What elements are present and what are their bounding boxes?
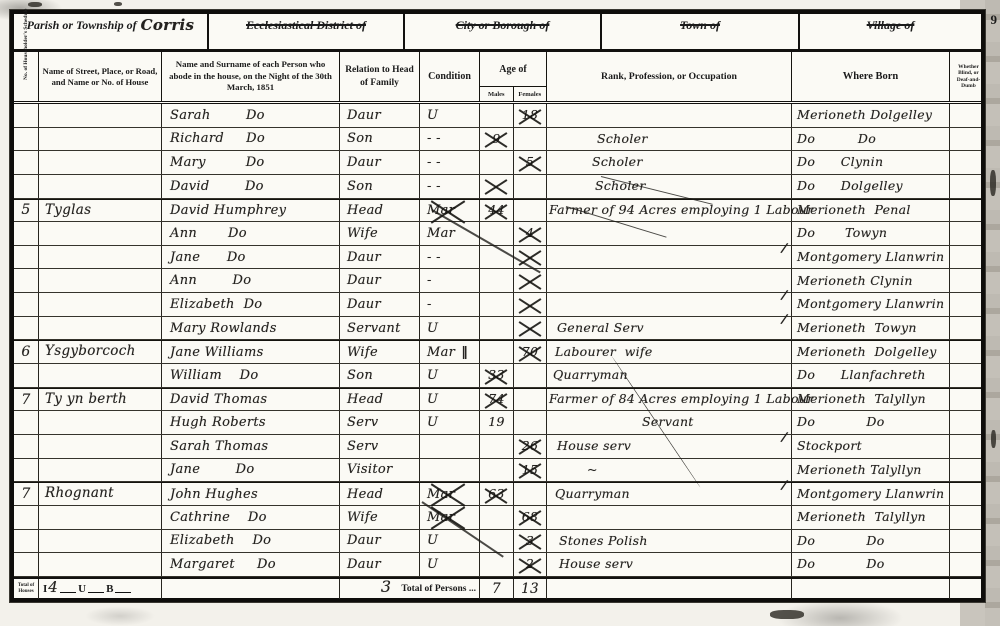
age_m-handwritten: 74 bbox=[488, 393, 505, 406]
cell-condition: - - bbox=[420, 246, 480, 269]
cell-born: Merioneth Talyllyn bbox=[792, 459, 950, 482]
cell-infirm bbox=[950, 246, 987, 269]
born-handwritten: Merioneth Penal bbox=[797, 204, 911, 217]
cell-age_m bbox=[480, 222, 514, 245]
condition-handwritten: - bbox=[427, 298, 432, 311]
cell-born: ∕Montgomery Llanwrin bbox=[792, 483, 950, 505]
schedule-handwritten: 5 bbox=[21, 203, 30, 217]
table-row: Sarah ThomasServ26House serv∕Stockport bbox=[14, 435, 981, 459]
cell-age_f: 2 bbox=[514, 553, 547, 576]
name-handwritten: Sarah Thomas bbox=[170, 440, 268, 453]
cell-age_f: 70 bbox=[514, 341, 547, 363]
cell-age_m bbox=[480, 506, 514, 529]
cell-occupation: Scholer bbox=[547, 128, 792, 151]
cell-schedule bbox=[14, 246, 39, 269]
cell-infirm bbox=[950, 128, 987, 151]
cell-age_m: 9 bbox=[480, 128, 514, 151]
occupation-handwritten: House serv bbox=[557, 440, 631, 453]
cell-infirm bbox=[950, 200, 987, 222]
cell-schedule: 7 bbox=[14, 483, 39, 505]
cell-occupation bbox=[547, 246, 792, 269]
born-handwritten: Do Do bbox=[797, 133, 876, 146]
cell-condition: - - bbox=[420, 151, 480, 174]
table-row: Jane DoVisitor15~Merioneth Talyllyn bbox=[14, 459, 981, 483]
name-handwritten: Sarah Do bbox=[170, 109, 265, 122]
house-handwritten: Tyglas bbox=[45, 204, 91, 218]
age_m-handwritten: 19 bbox=[488, 416, 505, 429]
occupation-handwritten: Scholer bbox=[595, 180, 646, 193]
cell-name: Jane Williams bbox=[162, 341, 340, 363]
cell-age_m bbox=[480, 269, 514, 292]
cell-schedule bbox=[14, 293, 39, 316]
born-handwritten: Do Towyn bbox=[797, 227, 887, 240]
houses-totals: I 4 U B bbox=[39, 579, 162, 599]
cell-age_f bbox=[514, 317, 547, 340]
born-handwritten: Do Do bbox=[797, 535, 885, 548]
cell-name: John Hughes bbox=[162, 483, 340, 505]
name-handwritten: Cathrine Do bbox=[170, 511, 267, 524]
females-total-handwritten: 13 bbox=[521, 581, 539, 597]
schedule-handwritten: 7 bbox=[21, 393, 30, 407]
relation-handwritten: Son bbox=[347, 180, 373, 193]
table-row: Margaret DoDaurU2House servDo Do bbox=[14, 553, 981, 577]
cell-age_m bbox=[480, 175, 514, 198]
name-handwritten: Mary Do bbox=[170, 156, 265, 169]
cell-age_m: 19 bbox=[480, 411, 514, 434]
cell-age_f: 5 bbox=[514, 151, 547, 174]
cell-occupation bbox=[547, 269, 792, 292]
cell-name: Mary Rowlands bbox=[162, 317, 340, 340]
relation-handwritten: Daur bbox=[347, 156, 381, 169]
age_f-handwritten: 68 bbox=[522, 511, 539, 524]
age_m-handwritten: 44 bbox=[488, 204, 505, 217]
cell-infirm bbox=[950, 104, 987, 127]
cell-schedule bbox=[14, 222, 39, 245]
cell-house bbox=[39, 104, 162, 127]
table-row: Sarah DoDaurU18Merioneth Dolgelley bbox=[14, 104, 981, 128]
cell-born: Merioneth Dolgelley bbox=[792, 341, 950, 363]
parish-section: Parish or Township of Corris bbox=[14, 14, 209, 49]
cell-age_m bbox=[480, 459, 514, 482]
cell-condition: - bbox=[420, 269, 480, 292]
cell-condition: U bbox=[420, 364, 480, 387]
cell-relation: Head bbox=[340, 483, 420, 505]
cell-house bbox=[39, 128, 162, 151]
cell-relation: Wife bbox=[340, 341, 420, 363]
cell-age_f: 3 bbox=[514, 530, 547, 553]
cell-infirm bbox=[950, 389, 987, 411]
name-handwritten: David Thomas bbox=[170, 393, 267, 406]
blank-line bbox=[115, 584, 131, 593]
cell-occupation: Farmer of 84 Acres employing 1 Labour bbox=[547, 389, 792, 411]
relation-handwritten: Son bbox=[347, 132, 373, 145]
cell-condition: - - bbox=[420, 128, 480, 151]
cell-born: Merioneth Penal bbox=[792, 200, 950, 222]
condition-handwritten: Mar bbox=[427, 204, 455, 217]
village-label: Village of bbox=[867, 18, 915, 33]
cell-infirm bbox=[950, 293, 987, 316]
occupation-handwritten: Labourer wife bbox=[555, 346, 653, 359]
total-persons-label: Total of Persons ... bbox=[401, 584, 476, 594]
table-row: David DoSon- -ScholerDo Dolgelley bbox=[14, 175, 981, 199]
col-street: Name of Street, Place, or Road, and Name… bbox=[39, 52, 162, 101]
relation-handwritten: Son bbox=[347, 369, 373, 382]
condition-handwritten: U bbox=[427, 558, 438, 571]
condition-handwritten: U bbox=[427, 109, 438, 122]
occupation-handwritten: Quarryman bbox=[555, 488, 630, 501]
cell-condition: Mar‖ bbox=[420, 341, 480, 363]
cell-relation: Servant bbox=[340, 317, 420, 340]
cell-age_f bbox=[514, 483, 547, 505]
name-handwritten: Richard Do bbox=[170, 132, 265, 145]
cell-house bbox=[39, 222, 162, 245]
table-row: Ann DoDaur-Merioneth Clynin bbox=[14, 269, 981, 293]
cell-age_m bbox=[480, 553, 514, 576]
cell-schedule bbox=[14, 364, 39, 387]
condition-handwritten: - - bbox=[427, 180, 441, 193]
cell-age_f: 68 bbox=[514, 506, 547, 529]
cell-age_f bbox=[514, 269, 547, 292]
born-handwritten: Montgomery Llanwrin bbox=[797, 488, 944, 501]
cell-name: Richard Do bbox=[162, 128, 340, 151]
cell-infirm bbox=[950, 530, 987, 553]
cell-name: Mary Do bbox=[162, 151, 340, 174]
name-handwritten: Elizabeth Do bbox=[170, 298, 262, 311]
cell-born: Merioneth Talyllyn bbox=[792, 389, 950, 411]
scan-torn-edge bbox=[985, 0, 1000, 626]
relation-handwritten: Wife bbox=[347, 346, 378, 359]
born-handwritten: Do Do bbox=[797, 558, 885, 571]
condition-handwritten: - bbox=[427, 274, 432, 287]
city-borough-label: City or Borough of bbox=[456, 18, 550, 33]
cell-house bbox=[39, 459, 162, 482]
cell-house bbox=[39, 435, 162, 458]
schedule-handwritten: 6 bbox=[21, 345, 30, 359]
born-handwritten: Montgomery Llanwrin bbox=[797, 298, 944, 311]
cell-relation: Daur bbox=[340, 553, 420, 576]
cell-condition: U bbox=[420, 389, 480, 411]
cell-name: Hugh Roberts bbox=[162, 411, 340, 434]
cell-schedule: 7 bbox=[14, 389, 39, 411]
cell-age_f bbox=[514, 364, 547, 387]
total-houses-label: Total of Houses bbox=[14, 579, 39, 599]
cell-condition: Mar bbox=[420, 483, 480, 505]
condition-handwritten: - - bbox=[427, 132, 441, 145]
occupation-handwritten: Quarryman bbox=[553, 369, 628, 382]
cell-occupation: House serv bbox=[547, 553, 792, 576]
persons-note-handwritten: 3 bbox=[381, 577, 391, 596]
age_f-handwritten: 3 bbox=[526, 535, 534, 548]
cell-relation: Serv bbox=[340, 435, 420, 458]
cell-schedule bbox=[14, 435, 39, 458]
cell-relation: Daur bbox=[340, 530, 420, 553]
females-total-cell: 13 bbox=[514, 579, 547, 599]
cell-age_m bbox=[480, 530, 514, 553]
cell-house bbox=[39, 364, 162, 387]
scan-speck bbox=[28, 2, 42, 7]
ecclesiastical-section: Ecclesiastical District of bbox=[209, 14, 405, 49]
town-label: Town of bbox=[680, 18, 720, 33]
name-handwritten: David Humphrey bbox=[170, 204, 286, 217]
age_f-handwritten: 26 bbox=[522, 440, 539, 453]
name-handwritten: John Hughes bbox=[170, 488, 258, 501]
born-handwritten: Merioneth Talyllyn bbox=[797, 393, 926, 406]
cell-age_f bbox=[514, 246, 547, 269]
cell-schedule bbox=[14, 553, 39, 576]
relation-handwritten: Daur bbox=[347, 298, 381, 311]
col-names: Name and Surname of each Person who abod… bbox=[162, 52, 340, 101]
table-row: Mary DoDaur- -5ScholerDo Clynin bbox=[14, 151, 981, 175]
cell-schedule: 5 bbox=[14, 200, 39, 222]
footer-blank-cell bbox=[547, 579, 792, 599]
cell-name: Elizabeth Do bbox=[162, 293, 340, 316]
cell-age_m bbox=[480, 104, 514, 127]
cell-name: Ann Do bbox=[162, 269, 340, 292]
cell-schedule bbox=[14, 128, 39, 151]
cell-relation: Daur bbox=[340, 151, 420, 174]
occupation-handwritten: Scholer bbox=[597, 133, 648, 146]
cell-name: Sarah Do bbox=[162, 104, 340, 127]
scan-speck bbox=[990, 170, 996, 196]
cell-age_m bbox=[480, 317, 514, 340]
cell-schedule bbox=[14, 151, 39, 174]
col-where-born: Where Born bbox=[792, 52, 950, 101]
cell-age_m: 33 bbox=[480, 364, 514, 387]
cell-name: Ann Do bbox=[162, 222, 340, 245]
inhabited-label: I bbox=[43, 583, 47, 595]
cell-age_m: 63 bbox=[480, 483, 514, 505]
cell-name: Cathrine Do bbox=[162, 506, 340, 529]
cell-relation: Son bbox=[340, 175, 420, 198]
table-row: 6YsgyborcochJane WilliamsWifeMar‖70Labou… bbox=[14, 340, 981, 364]
age_f-handwritten: 18 bbox=[522, 109, 539, 122]
cell-occupation bbox=[547, 293, 792, 316]
total-persons-cell: 3 Total of Persons ... bbox=[340, 579, 480, 599]
cell-name: Jane Do bbox=[162, 246, 340, 269]
born-handwritten: Montgomery Llanwrin bbox=[797, 251, 944, 264]
condition-handwritten: U bbox=[427, 369, 438, 382]
cell-house: Ty yn berth bbox=[39, 389, 162, 411]
cell-born: Merioneth Dolgelley bbox=[792, 104, 950, 127]
condition-handwritten: U bbox=[427, 322, 438, 335]
col-age-label: Age of bbox=[480, 52, 546, 87]
cell-occupation: General Serv bbox=[547, 317, 792, 340]
cell-infirm bbox=[950, 411, 987, 434]
cell-occupation: ~ bbox=[547, 459, 792, 482]
table-row: Ann DoWifeMar4Do Towyn bbox=[14, 222, 981, 246]
town-section: Town of bbox=[602, 14, 800, 49]
cell-age_m bbox=[480, 341, 514, 363]
relation-handwritten: Visitor bbox=[347, 463, 393, 476]
footer-blank-cell bbox=[950, 579, 987, 599]
cell-occupation: House serv bbox=[547, 435, 792, 458]
relation-handwritten: Head bbox=[347, 393, 383, 406]
scan-speck bbox=[991, 430, 996, 448]
cell-age_f: 4 bbox=[514, 222, 547, 245]
cell-condition bbox=[420, 459, 480, 482]
cell-relation: Head bbox=[340, 200, 420, 222]
inhabited-value-handwritten: 4 bbox=[48, 578, 58, 596]
cell-born: ∕Montgomery Llanwrin bbox=[792, 293, 950, 316]
cell-age_f bbox=[514, 128, 547, 151]
uninhabited-label: U bbox=[78, 583, 86, 595]
relation-handwritten: Daur bbox=[347, 558, 381, 571]
cross-mark bbox=[517, 248, 543, 267]
cell-occupation: Scholer bbox=[547, 175, 792, 198]
age_f-handwritten: 5 bbox=[526, 156, 534, 169]
cell-house bbox=[39, 293, 162, 316]
cross-mark bbox=[517, 319, 543, 338]
occupation-handwritten: ~ bbox=[587, 464, 598, 477]
cell-occupation: Stones Polish bbox=[547, 530, 792, 553]
occupation-handwritten: Scholer bbox=[592, 156, 643, 169]
born-handwritten: Do Clynin bbox=[797, 156, 883, 169]
name-handwritten: Jane Do bbox=[170, 463, 255, 476]
col-occupation: Rank, Profession, or Occupation bbox=[547, 52, 792, 101]
parish-value-handwritten: Corris bbox=[141, 16, 195, 34]
cell-name: Elizabeth Do bbox=[162, 530, 340, 553]
cell-house bbox=[39, 506, 162, 529]
cell-occupation bbox=[547, 104, 792, 127]
cell-age_m bbox=[480, 435, 514, 458]
col-age-females: Females bbox=[514, 87, 547, 101]
cell-schedule bbox=[14, 411, 39, 434]
cell-schedule bbox=[14, 459, 39, 482]
cell-house: Rhognant bbox=[39, 483, 162, 505]
occupation-handwritten: General Serv bbox=[557, 322, 644, 335]
cell-name: David Thomas bbox=[162, 389, 340, 411]
born-handwritten: Merioneth Clynin bbox=[797, 275, 913, 288]
cell-condition: U bbox=[420, 104, 480, 127]
cell-occupation bbox=[547, 222, 792, 245]
cell-age_m: 44 bbox=[480, 200, 514, 222]
footer-blank-cell bbox=[162, 579, 340, 599]
blank-line bbox=[88, 584, 104, 593]
cell-relation: Daur bbox=[340, 104, 420, 127]
occupation-handwritten: Stones Polish bbox=[559, 535, 648, 548]
cell-relation: Serv bbox=[340, 411, 420, 434]
cell-condition bbox=[420, 435, 480, 458]
table-row: William DoSonU33QuarrymanDo Llanfachreth bbox=[14, 364, 981, 388]
condition-handwritten: Mar bbox=[427, 346, 455, 359]
cell-condition: U bbox=[420, 553, 480, 576]
born-handwritten: Stockport bbox=[797, 440, 862, 453]
condition-handwritten: U bbox=[427, 416, 438, 429]
cell-infirm bbox=[950, 222, 987, 245]
cell-schedule bbox=[14, 269, 39, 292]
age_f-handwritten: 70 bbox=[522, 346, 539, 359]
cell-occupation: Farmer of 94 Acres employing 1 Labour bbox=[547, 200, 792, 222]
cell-condition: U bbox=[420, 411, 480, 434]
cell-occupation: Servant bbox=[547, 411, 792, 434]
col-age-males: Males bbox=[480, 87, 514, 101]
cell-born: Do Clynin bbox=[792, 151, 950, 174]
cell-house bbox=[39, 175, 162, 198]
cell-infirm bbox=[950, 364, 987, 387]
occupation-handwritten: House serv bbox=[559, 558, 633, 571]
scan-speck bbox=[770, 610, 804, 619]
cell-born: Do Towyn bbox=[792, 222, 950, 245]
cell-schedule bbox=[14, 317, 39, 340]
totals-row: Total of Houses I 4 U B 3 Total of Perso… bbox=[14, 577, 981, 599]
cell-name: Jane Do bbox=[162, 459, 340, 482]
age_m-handwritten: 9 bbox=[492, 133, 500, 146]
blank-line bbox=[60, 584, 76, 593]
name-handwritten: Hugh Roberts bbox=[170, 416, 266, 429]
city-borough-section: City or Borough of bbox=[405, 14, 602, 49]
scan-speck bbox=[114, 2, 122, 6]
cell-occupation bbox=[547, 506, 792, 529]
cell-age_f bbox=[514, 411, 547, 434]
condition-handwritten: Mar bbox=[427, 227, 455, 240]
cell-born: Merioneth Clynin bbox=[792, 269, 950, 292]
born-handwritten: Merioneth Dolgelley bbox=[797, 346, 937, 359]
cell-name: Sarah Thomas bbox=[162, 435, 340, 458]
table-row: Mary RowlandsServantUGeneral Serv∕Merion… bbox=[14, 317, 981, 341]
born-handwritten: Merioneth Talyllyn bbox=[797, 464, 922, 477]
cell-relation: Visitor bbox=[340, 459, 420, 482]
relation-handwritten: Daur bbox=[347, 251, 381, 264]
relation-handwritten: Servant bbox=[347, 322, 401, 335]
cell-infirm bbox=[950, 483, 987, 505]
col-age: Age of Males Females bbox=[480, 52, 547, 101]
name-handwritten: Margaret Do bbox=[170, 558, 276, 571]
cell-infirm bbox=[950, 341, 987, 363]
relation-handwritten: Head bbox=[347, 204, 383, 217]
age_f-handwritten: 2 bbox=[526, 558, 534, 571]
cell-relation: Son bbox=[340, 364, 420, 387]
cell-name: Margaret Do bbox=[162, 553, 340, 576]
cell-condition: Mar bbox=[420, 506, 480, 529]
cell-name: William Do bbox=[162, 364, 340, 387]
page-number-mark: 9 bbox=[991, 12, 998, 28]
name-handwritten: Elizabeth Do bbox=[170, 534, 271, 547]
table-body: Sarah DoDaurU18Merioneth DolgelleyRichar… bbox=[14, 104, 981, 577]
cell-born: ∕Montgomery Llanwrin bbox=[792, 246, 950, 269]
cell-house bbox=[39, 151, 162, 174]
cell-name: David Humphrey bbox=[162, 200, 340, 222]
table-row: 7RhognantJohn HughesHeadMar63Quarryman∕M… bbox=[14, 482, 981, 506]
cell-age_m: 74 bbox=[480, 389, 514, 411]
building-label: B bbox=[106, 583, 113, 595]
relation-handwritten: Serv bbox=[347, 416, 378, 429]
ecclesiastical-label: Ecclesiastical District of bbox=[246, 18, 366, 33]
house-handwritten: Rhognant bbox=[45, 487, 114, 501]
cell-house bbox=[39, 246, 162, 269]
house-handwritten: Ysgyborcoch bbox=[45, 345, 136, 359]
cell-born: Do Do bbox=[792, 530, 950, 553]
relation-handwritten: Head bbox=[347, 488, 383, 501]
table-row: Hugh RobertsServU19ServantDo Do bbox=[14, 411, 981, 435]
name-handwritten: Jane Williams bbox=[170, 346, 264, 359]
column-header-row: No. of Householder's Schedule Name of St… bbox=[14, 52, 981, 104]
relation-handwritten: Daur bbox=[347, 534, 381, 547]
age_m-handwritten: 63 bbox=[488, 488, 505, 501]
cell-age_m bbox=[480, 151, 514, 174]
name-handwritten: David Do bbox=[170, 180, 264, 193]
cell-condition: U bbox=[420, 530, 480, 553]
condition-handwritten: Mar bbox=[427, 488, 455, 501]
cell-infirm bbox=[950, 459, 987, 482]
cell-infirm bbox=[950, 175, 987, 198]
cell-schedule bbox=[14, 175, 39, 198]
relation-handwritten: Wife bbox=[347, 511, 378, 524]
parish-label: Parish or Township of bbox=[27, 18, 137, 33]
cell-born: ∕Stockport bbox=[792, 435, 950, 458]
relation-handwritten: Daur bbox=[347, 109, 381, 122]
cell-infirm bbox=[950, 553, 987, 576]
cross-mark bbox=[517, 271, 543, 290]
